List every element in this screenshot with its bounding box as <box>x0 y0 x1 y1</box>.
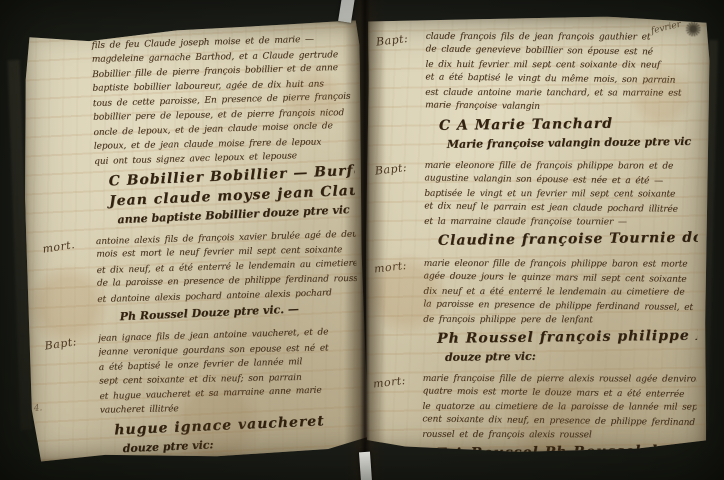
signature-line: Ph Roussel françois philippe Baron <box>437 327 697 348</box>
manuscript-line: roussel et de françois alexis roussel <box>422 428 696 443</box>
register-entry: mort.antoine alexis fils de françois xav… <box>42 228 358 326</box>
margin-annotation: Bapt: <box>375 26 427 49</box>
manuscript-line: de françois philippe pere de lenfant <box>423 313 697 328</box>
entry-text: claude françois fils de jean françois ga… <box>425 29 700 153</box>
signature-line: Marie françoise valangin douze ptre vic <box>447 134 699 152</box>
margin-annotation: mort: <box>372 368 424 391</box>
register-entry: Bapt:jean ignace fils de jean antoine va… <box>44 325 361 457</box>
register-entry: fils de feu Claude joseph moise et de ma… <box>37 32 355 228</box>
signature-line: douze ptre vic: <box>445 347 697 365</box>
right-page: fevrier ✺ Bapt:claude françois fils de j… <box>364 15 710 454</box>
entry-text: jean ignace fils de jean antoine vaucher… <box>98 325 361 456</box>
margin-annotation: Bapt: <box>43 328 99 353</box>
left-page-entries: fils de feu Claude joseph moise et de ma… <box>37 32 360 453</box>
entry-text: fils de feu Claude joseph moise et de ma… <box>91 32 355 226</box>
signature-line: C A Marie Tanchard <box>439 114 699 135</box>
signature-line: Claudine françoise Tournie douze ptre vi… <box>438 229 698 250</box>
margin-annotation: mort. <box>41 231 97 256</box>
page-mark: 4. <box>33 403 42 414</box>
ink-blot: ✺ <box>683 18 703 41</box>
register-entry: Bapt:claude françois fils de jean franço… <box>375 29 700 154</box>
entry-text: marie françoise fille de pierre alexis r… <box>422 371 697 453</box>
margin-annotation: mort: <box>373 253 425 276</box>
margin-annotation: Bapt: <box>374 155 426 178</box>
manuscript-line: et la marraine claude françoise tournier… <box>424 215 698 230</box>
margin-annotation <box>37 35 91 47</box>
manuscript-photo: fils de feu Claude joseph moise et de ma… <box>0 0 724 480</box>
register-entry: mort:marie eleonor fille de françois phi… <box>373 256 698 367</box>
paper-strip-bottom <box>359 452 372 480</box>
right-page-entries: Bapt:claude françois fils de jean franço… <box>372 29 700 446</box>
entry-text: marie eleonore fille de françois philipp… <box>424 158 699 251</box>
signature-line: F A Roussel Ph Roussel douze ptre vic: <box>436 442 696 454</box>
left-page: fils de feu Claude joseph moise et de ma… <box>21 20 369 462</box>
entry-text: marie eleonor fille de françois philippe… <box>423 256 698 366</box>
entry-text: antoine alexis fils de françois xavier b… <box>96 228 358 324</box>
paper-strip-top <box>338 0 355 23</box>
register-entry: mort:marie françoise fille de pierre ale… <box>372 371 697 454</box>
register-entry: Bapt:marie eleonore fille de françois ph… <box>374 158 699 252</box>
